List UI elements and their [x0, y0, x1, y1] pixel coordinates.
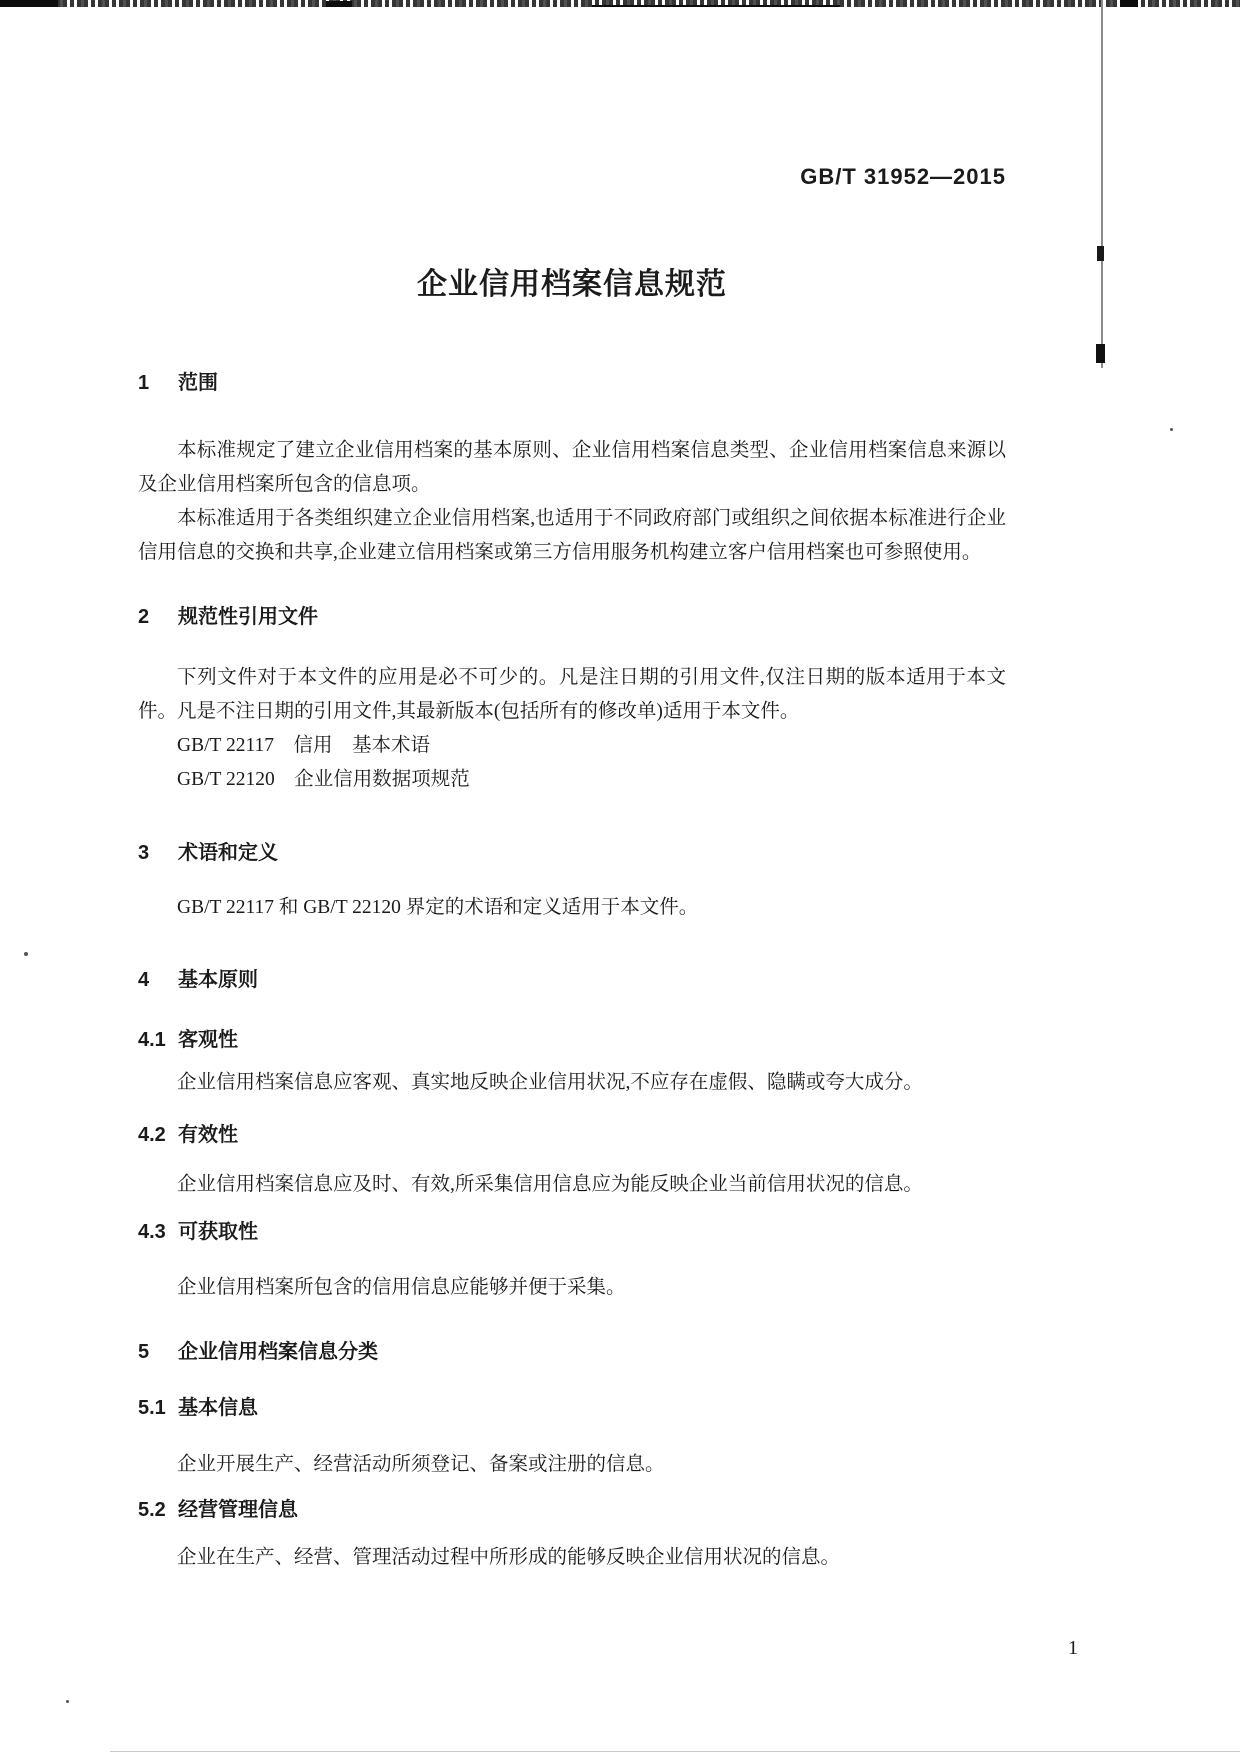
section-5-title: 企业信用档案信息分类 [178, 1340, 378, 1364]
section-1-title: 范围 [178, 371, 218, 395]
section-4-1-paragraph-1: 企业信用档案信息应客观、真实地反映企业信用状况,不应存在虚假、隐瞒或夸大成分。 [138, 1066, 1006, 1100]
reference-entry-2: GB/T 22120 企业信用数据项规范 [138, 763, 1006, 797]
standard-number: GB/T 31952—2015 [138, 164, 1006, 190]
scan-bottom-edge-line [110, 1751, 1240, 1752]
section-4-2-body: 企业信用档案信息应及时、有效,所采集信用信息应为能反映企业当前信用状况的信息。 [138, 1168, 1006, 1202]
section-3-body: GB/T 22117 和 GB/T 22120 界定的术语和定义适用于本文件。 [138, 891, 1006, 925]
section-4-3-number: 4.3 [138, 1220, 178, 1244]
section-1-paragraph-2: 本标准适用于各类组织建立企业信用档案,也适用于不同政府部门或组织之间依据本标准进… [138, 502, 1006, 570]
section-4-3-heading: 4.3 可获取性 [138, 1220, 1006, 1244]
section-4-1-number: 4.1 [138, 1028, 178, 1052]
scan-speck [24, 952, 28, 956]
section-4-1-body: 企业信用档案信息应客观、真实地反映企业信用状况,不应存在虚假、隐瞒或夸大成分。 [138, 1066, 1006, 1100]
section-4-1-title: 客观性 [178, 1028, 238, 1052]
scan-right-edge-mark [1096, 344, 1105, 363]
section-4-3-title: 可获取性 [178, 1220, 258, 1244]
section-2-heading: 2 规范性引用文件 [138, 605, 1006, 629]
section-4-title: 基本原则 [178, 968, 258, 992]
section-5-number: 5 [138, 1340, 178, 1364]
section-5-2-paragraph-1: 企业在生产、经营、管理活动过程中所形成的能够反映企业信用状况的信息。 [138, 1541, 1006, 1575]
scan-speck [66, 1700, 69, 1703]
document-title: 企业信用档案信息规范 [138, 267, 1006, 303]
section-5-1-paragraph-1: 企业开展生产、经营活动所须登记、备案或注册的信息。 [138, 1448, 1006, 1482]
scan-right-edge-mark [1097, 246, 1104, 261]
section-5-2-number: 5.2 [138, 1498, 178, 1522]
section-1-heading: 1 范围 [138, 371, 1006, 395]
scan-speck [1170, 428, 1173, 431]
section-5-2-heading: 5.2 经营管理信息 [138, 1498, 1006, 1522]
section-4-2-title: 有效性 [178, 1123, 238, 1147]
section-3-heading: 3 术语和定义 [138, 841, 1006, 865]
section-5-1-number: 5.1 [138, 1396, 178, 1420]
section-4-1-heading: 4.1 客观性 [138, 1028, 1006, 1052]
section-5-2-body: 企业在生产、经营、管理活动过程中所形成的能够反映企业信用状况的信息。 [138, 1541, 1006, 1575]
section-5-1-body: 企业开展生产、经营活动所须登记、备案或注册的信息。 [138, 1448, 1006, 1482]
section-4-3-body: 企业信用档案所包含的信用信息应能够并便于采集。 [138, 1271, 1006, 1305]
scan-right-edge-line [1101, 0, 1103, 368]
reference-entry-1: GB/T 22117 信用 基本术语 [138, 729, 1006, 763]
section-5-2-title: 经营管理信息 [178, 1498, 298, 1522]
section-1-paragraph-1: 本标准规定了建立企业信用档案的基本原则、企业信用档案信息类型、企业信用档案信息来… [138, 434, 1006, 502]
section-4-3-paragraph-1: 企业信用档案所包含的信用信息应能够并便于采集。 [138, 1271, 1006, 1305]
page-number: 1 [138, 1636, 1078, 1660]
section-2-paragraph-1: 下列文件对于本文件的应用是必不可少的。凡是注日期的引用文件,仅注日期的版本适用于… [138, 661, 1006, 729]
scan-noise-bar [592, 5, 840, 7]
section-1-body: 本标准规定了建立企业信用档案的基本原则、企业信用档案信息类型、企业信用档案信息来… [138, 434, 1006, 570]
section-2-title: 规范性引用文件 [178, 605, 318, 629]
section-4-number: 4 [138, 968, 178, 992]
section-4-2-heading: 4.2 有效性 [138, 1123, 1006, 1147]
section-5-1-title: 基本信息 [178, 1396, 258, 1420]
section-1-number: 1 [138, 371, 178, 395]
section-2-number: 2 [138, 605, 178, 629]
section-4-2-number: 4.2 [138, 1123, 178, 1147]
section-5-1-heading: 5.1 基本信息 [138, 1396, 1006, 1420]
scan-noise-bar [326, 1, 352, 7]
section-3-title: 术语和定义 [178, 841, 278, 865]
section-3-paragraph-1: GB/T 22117 和 GB/T 22120 界定的术语和定义适用于本文件。 [138, 891, 1006, 925]
section-2-body: 下列文件对于本文件的应用是必不可少的。凡是注日期的引用文件,仅注日期的版本适用于… [138, 661, 1006, 797]
section-4-heading: 4 基本原则 [138, 968, 1006, 992]
section-3-number: 3 [138, 841, 178, 865]
section-5-heading: 5 企业信用档案信息分类 [138, 1340, 1006, 1364]
scan-noise-bar [1120, 0, 1138, 7]
scan-noise-bar [0, 0, 58, 7]
section-4-2-paragraph-1: 企业信用档案信息应及时、有效,所采集信用信息应为能反映企业当前信用状况的信息。 [138, 1168, 1006, 1202]
